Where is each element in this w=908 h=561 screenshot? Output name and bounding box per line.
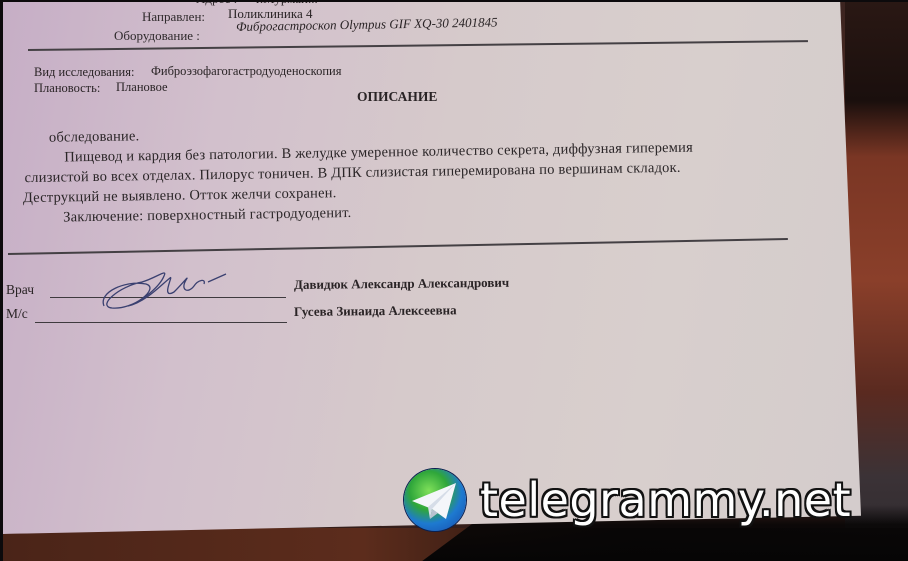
- study-type-label: Вид исследования:: [34, 65, 134, 80]
- doctor-signature-scribble: [90, 262, 240, 318]
- doctor-label: Врач: [6, 282, 34, 298]
- planning-value: Плановое: [116, 80, 168, 95]
- nurse-name: Гусева Зинаида Алексеевна: [294, 302, 457, 320]
- planning-label: Плановость:: [34, 81, 100, 96]
- study-type-value: Фиброэзофагогастродуоденоскопия: [151, 64, 341, 79]
- image-border-top: [0, 0, 908, 2]
- watermark: telegrammy.net: [404, 470, 851, 530]
- telegram-globe-icon: [404, 469, 466, 531]
- referred-label: Направлен:: [142, 9, 205, 25]
- image-border-left: [0, 0, 3, 561]
- photo-frame: Адрес : г.Мурман... Направлен: Поликлини…: [0, 0, 908, 561]
- nurse-label: М/с: [6, 306, 28, 322]
- description-line: обследование.: [49, 128, 140, 146]
- nurse-signature-line: [35, 322, 287, 323]
- doctor-name: Давидюк Александр Александрович: [294, 275, 509, 293]
- description-title: ОПИСАНИЕ: [357, 89, 437, 105]
- watermark-text: telegrammy.net: [480, 473, 851, 527]
- equipment-label: Оборудование :: [114, 28, 200, 44]
